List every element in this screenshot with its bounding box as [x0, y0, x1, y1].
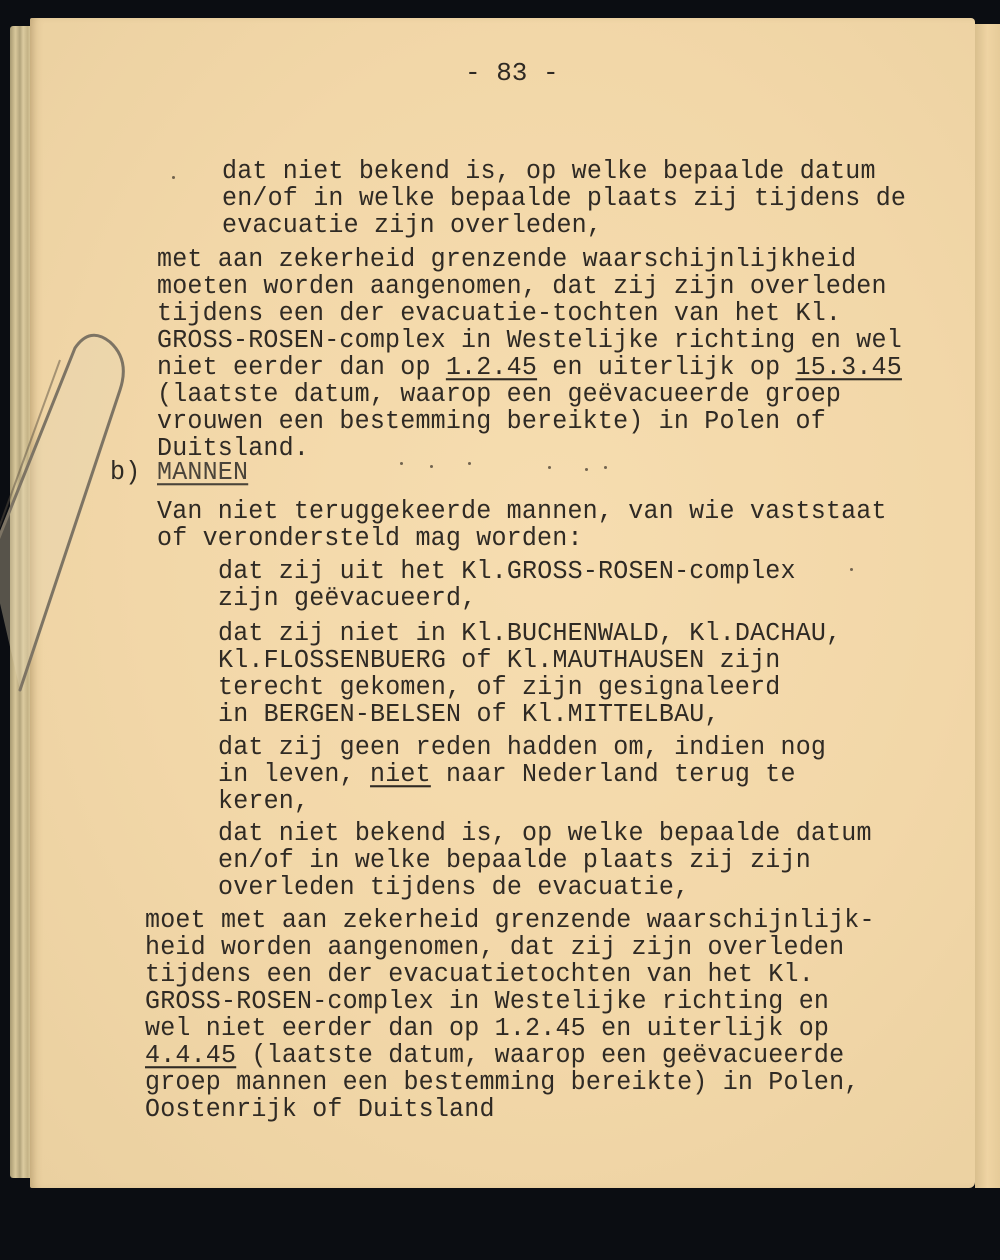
section-label: b)	[110, 458, 140, 486]
condition-line: dat niet bekend is, op welke bepaalde da…	[222, 157, 876, 185]
conclusion-line: moet met aan zekerheid grenzende waarsch…	[145, 906, 875, 934]
scan-background-top	[0, 0, 1000, 18]
conclusion-line: met aan zekerheid grenzende waarschijnli…	[157, 245, 856, 273]
condition-line: in leven, niet naar Nederland terug te	[218, 760, 796, 788]
condition-line: dat zij geen reden hadden om, indien nog	[218, 733, 826, 761]
date-to: 15.3.45	[796, 352, 902, 382]
condition-line: in BERGEN-BELSEN of Kl.MITTELBAU,	[218, 700, 720, 728]
conclusion-line: tijdens een der evacuatie-tochten van he…	[157, 299, 841, 327]
conclusion-line: vrouwen een bestemming bereikte) in Pole…	[157, 407, 826, 435]
date-from: 1.2.45	[446, 352, 537, 382]
condition-line: en/of in welke bepaalde plaats zij tijde…	[222, 184, 906, 212]
page-number: - 83 -	[465, 58, 559, 88]
ink-speck	[430, 465, 433, 468]
intro-line: Van niet teruggekeerde mannen, van wie v…	[157, 497, 887, 525]
text: (laatste datum, waarop een geëvacueerde	[236, 1040, 844, 1070]
ink-speck	[400, 462, 403, 465]
conclusion-line: tijdens een der evacuatietochten van het…	[145, 960, 814, 988]
text: en uiterlijk op	[537, 352, 795, 382]
conclusion-line: groep mannen een bestemming bereikte) in…	[145, 1068, 860, 1096]
conclusion-dates-line: niet eerder dan op 1.2.45 en uiterlijk o…	[157, 353, 902, 381]
condition-line: terecht gekomen, of zijn gesignaleerd	[218, 673, 781, 701]
text: niet eerder dan op	[157, 352, 446, 382]
scan-background-bottom	[0, 1188, 1000, 1260]
book-page-edges	[10, 26, 32, 1178]
text: in leven,	[218, 759, 370, 789]
ink-speck	[172, 176, 175, 179]
condition-line: keren,	[218, 787, 309, 815]
conclusion-line: wel niet eerder dan op 1.2.45 en uiterli…	[145, 1014, 829, 1042]
conclusion-line: moeten worden aangenomen, dat zij zijn o…	[157, 272, 887, 300]
conclusion-line: GROSS-ROSEN-complex in Westelijke richti…	[157, 326, 902, 354]
conclusion-line: GROSS-ROSEN-complex in Westelijke richti…	[145, 987, 829, 1015]
condition-line: en/of in welke bepaalde plaats zij zijn	[218, 846, 811, 874]
section-heading: MANNEN	[157, 458, 248, 486]
conclusion-line: (laatste datum, waarop een geëvacueerde …	[157, 380, 841, 408]
emphasis-niet: niet	[370, 759, 431, 789]
condition-line: zijn geëvacueerd,	[218, 584, 476, 612]
condition-line: dat zij uit het Kl.GROSS-ROSEN-complex	[218, 557, 796, 585]
ink-speck	[585, 468, 588, 471]
ink-speck	[468, 462, 471, 465]
facing-page-edge	[975, 24, 1000, 1188]
date-to: 4.4.45	[145, 1040, 236, 1070]
condition-line: evacuatie zijn overleden,	[222, 211, 602, 239]
text: naar Nederland terug te	[431, 759, 796, 789]
ink-speck	[548, 466, 551, 469]
conclusion-line: Oostenrijk of Duitsland	[145, 1095, 495, 1123]
condition-line: Kl.FLOSSENBUERG of Kl.MAUTHAUSEN zijn	[218, 646, 781, 674]
condition-line: dat niet bekend is, op welke bepaalde da…	[218, 819, 872, 847]
condition-line: dat zij niet in Kl.BUCHENWALD, Kl.DACHAU…	[218, 619, 841, 647]
conclusion-line: heid worden aangenomen, dat zij zijn ove…	[145, 933, 844, 961]
ink-speck	[604, 466, 607, 469]
intro-line: of verondersteld mag worden:	[157, 524, 583, 552]
conclusion-date-line: 4.4.45 (laatste datum, waarop een geëvac…	[145, 1041, 844, 1069]
condition-line: overleden tijdens de evacuatie,	[218, 873, 689, 901]
ink-speck	[850, 568, 853, 571]
